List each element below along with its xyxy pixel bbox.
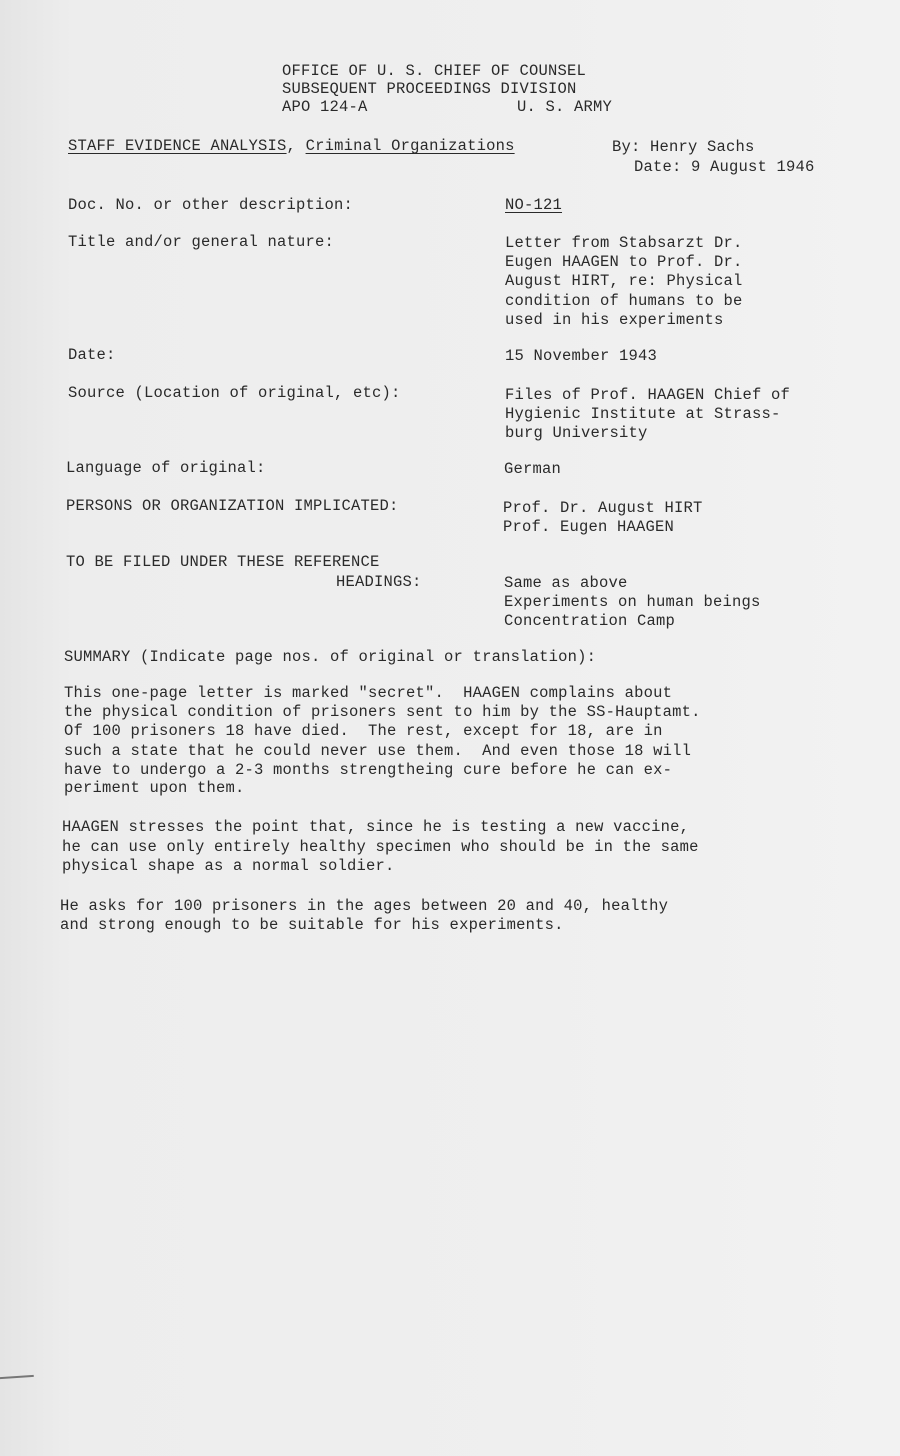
source-line: Hygienic Institute at Strass- xyxy=(505,405,781,424)
doc-no-value: NO-121 xyxy=(505,196,562,215)
language-value: German xyxy=(504,460,561,479)
summary-line: the physical condition of prisoners sent… xyxy=(64,703,701,722)
doc-no-label: Doc. No. or other description: xyxy=(68,196,353,215)
persons-line: Prof. Eugen HAAGEN xyxy=(503,518,674,537)
title-line: August HIRT, re: Physical xyxy=(505,272,743,291)
document-page: OFFICE OF U. S. CHIEF OF COUNSEL SUBSEQU… xyxy=(0,0,900,1456)
title-line: condition of humans to be xyxy=(505,292,743,311)
date-label: Date: xyxy=(68,346,116,365)
persons-line: Prof. Dr. August HIRT xyxy=(503,499,703,518)
summary-line: he can use only entirely healthy specime… xyxy=(62,838,699,857)
analysis-title-part2: Criminal Organizations xyxy=(306,137,515,155)
reference-label-cont: HEADINGS: xyxy=(336,573,422,592)
title-label: Title and/or general nature: xyxy=(68,233,334,252)
paper-crease xyxy=(0,1375,34,1385)
reference-line: Experiments on human beings xyxy=(504,593,761,612)
language-label: Language of original: xyxy=(66,459,266,478)
header-office: OFFICE OF U. S. CHIEF OF COUNSEL xyxy=(282,62,586,81)
persons-label: PERSONS OR ORGANIZATION IMPLICATED: xyxy=(66,497,399,516)
summary-line: This one-page letter is marked "secret".… xyxy=(64,684,672,703)
summary-line: and strong enough to be suitable for his… xyxy=(60,916,564,935)
header-apo: APO 124-A xyxy=(282,98,368,117)
reference-label: TO BE FILED UNDER THESE REFERENCE xyxy=(66,553,380,572)
source-line: Files of Prof. HAAGEN Chief of xyxy=(505,386,790,405)
date-value: 15 November 1943 xyxy=(505,347,657,366)
summary-line: physical shape as a normal soldier. xyxy=(62,857,395,876)
summary-line: HAAGEN stresses the point that, since he… xyxy=(62,818,689,837)
analysis-author: By: Henry Sachs xyxy=(612,138,755,157)
analysis-date: Date: 9 August 1946 xyxy=(634,158,815,177)
summary-heading: SUMMARY (Indicate page nos. of original … xyxy=(64,648,596,667)
summary-line: He asks for 100 prisoners in the ages be… xyxy=(60,897,668,916)
title-line: Letter from Stabsarzt Dr. xyxy=(505,234,743,253)
summary-line: Of 100 prisoners 18 have died. The rest,… xyxy=(64,722,663,741)
title-line: used in his experiments xyxy=(505,311,724,330)
source-label: Source (Location of original, etc): xyxy=(68,384,401,403)
title-line: Eugen HAAGEN to Prof. Dr. xyxy=(505,253,743,272)
analysis-title: STAFF EVIDENCE ANALYSIS, Criminal Organi… xyxy=(68,137,515,156)
analysis-title-part1: STAFF EVIDENCE ANALYSIS xyxy=(68,137,287,155)
summary-line: periment upon them. xyxy=(64,779,245,798)
analysis-title-sep: , xyxy=(287,137,306,155)
source-line: burg University xyxy=(505,424,648,443)
summary-line: such a state that he could never use the… xyxy=(64,742,691,761)
reference-line: Concentration Camp xyxy=(504,612,675,631)
header-army: U. S. ARMY xyxy=(517,98,612,117)
reference-line: Same as above xyxy=(504,574,628,593)
summary-line: have to undergo a 2-3 months strengthein… xyxy=(64,761,672,780)
header-division: SUBSEQUENT PROCEEDINGS DIVISION xyxy=(282,80,577,99)
